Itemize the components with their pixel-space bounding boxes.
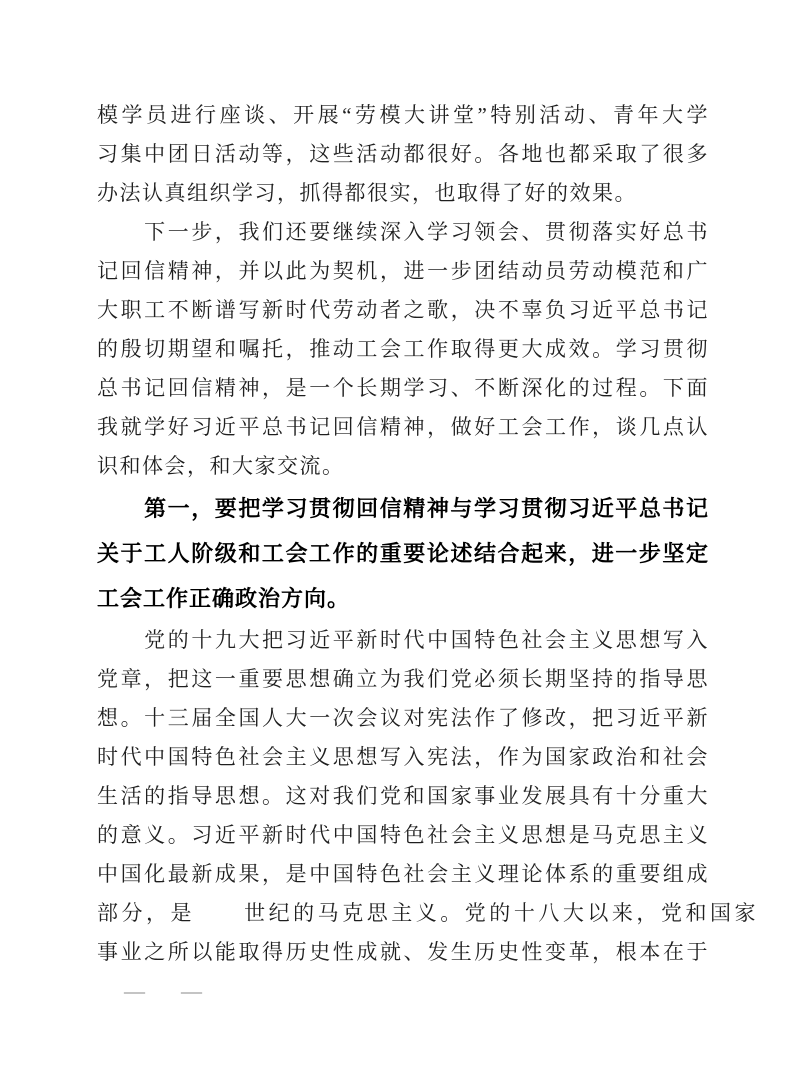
heading-first-point: 第一，要把学习贯彻回信精神与学习贯彻习近平总书记 关于工人阶级和工会工作的重要论… [97, 486, 709, 621]
text-line: 办法认真组织学习，抓得都很实，也取得了好的效果。 [97, 174, 709, 213]
paragraph-nineteenth-congress: 党的十九大把习近平新时代中国特色社会主义思想写入 党章，把这一重要思想确立为我们… [97, 621, 709, 972]
paragraph-next-steps: 下一步，我们还要继续深入学习领会、贯彻落实好总书 记回信精神，并以此为契机，进一… [97, 213, 709, 486]
text-line: 党章，把这一重要思想确立为我们党必须长期坚持的指导思 [97, 660, 709, 699]
page-number-footer: —— [124, 976, 202, 1006]
text-line: 记回信精神，并以此为契机，进一步团结动员劳动模范和广 [97, 252, 709, 291]
text-line: 大职工不断谱写新时代劳动者之歌，决不辜负习近平总书记 [97, 291, 709, 330]
text-line: 的殷切期望和嘱托，推动工会工作取得更大成效。学习贯彻 [97, 330, 709, 369]
text-line: 中国化最新成果，是中国特色社会主义理论体系的重要组成 [97, 855, 709, 894]
text-line: 习集中团日活动等，这些活动都很好。各地也都采取了很多 [97, 135, 709, 174]
text-line: 部分，是 世纪的马克思主义。党的十八大以来，党和国家 [97, 894, 757, 933]
text-line: 的意义。习近平新时代中国特色社会主义思想是马克思主义 [97, 816, 709, 855]
text-line: 想。十三届全国人大一次会议对宪法作了修改，把习近平新 [97, 699, 709, 738]
document-page: 模学员进行座谈、开展“劳模大讲堂”特别活动、青年大学 习集中团日活动等，这些活动… [0, 0, 798, 1090]
text-line: 模学员进行座谈、开展“劳模大讲堂”特别活动、青年大学 [97, 96, 709, 135]
text-line: 我就学好习近平总书记回信精神，做好工会工作，谈几点认 [97, 408, 709, 447]
heading-line: 工会工作正确政治方向。 [97, 576, 709, 621]
text-line: 生活的指导思想。这对我们党和国家事业发展具有十分重大 [97, 777, 709, 816]
text-line: 事业之所以能取得历史性成就、发生历史性变革，根本在于 [97, 933, 709, 972]
page-number-dash-left: — [124, 979, 145, 1003]
text-line: 下一步，我们还要继续深入学习领会、贯彻落实好总书 [97, 213, 709, 252]
heading-line: 关于工人阶级和工会工作的重要论述结合起来，进一步坚定 [97, 531, 709, 576]
text-line: 识和体会，和大家交流。 [97, 447, 709, 486]
paragraph-continuation: 模学员进行座谈、开展“劳模大讲堂”特别活动、青年大学 习集中团日活动等，这些活动… [97, 96, 709, 213]
document-body: 模学员进行座谈、开展“劳模大讲堂”特别活动、青年大学 习集中团日活动等，这些活动… [97, 96, 709, 972]
heading-line: 第一，要把学习贯彻回信精神与学习贯彻习近平总书记 [97, 486, 709, 531]
text-line: 时代中国特色社会主义思想写入宪法，作为国家政治和社会 [97, 738, 709, 777]
page-number-dash-right: — [181, 979, 202, 1003]
text-line: 党的十九大把习近平新时代中国特色社会主义思想写入 [97, 621, 709, 660]
text-line: 总书记回信精神，是一个长期学习、不断深化的过程。下面 [97, 369, 709, 408]
